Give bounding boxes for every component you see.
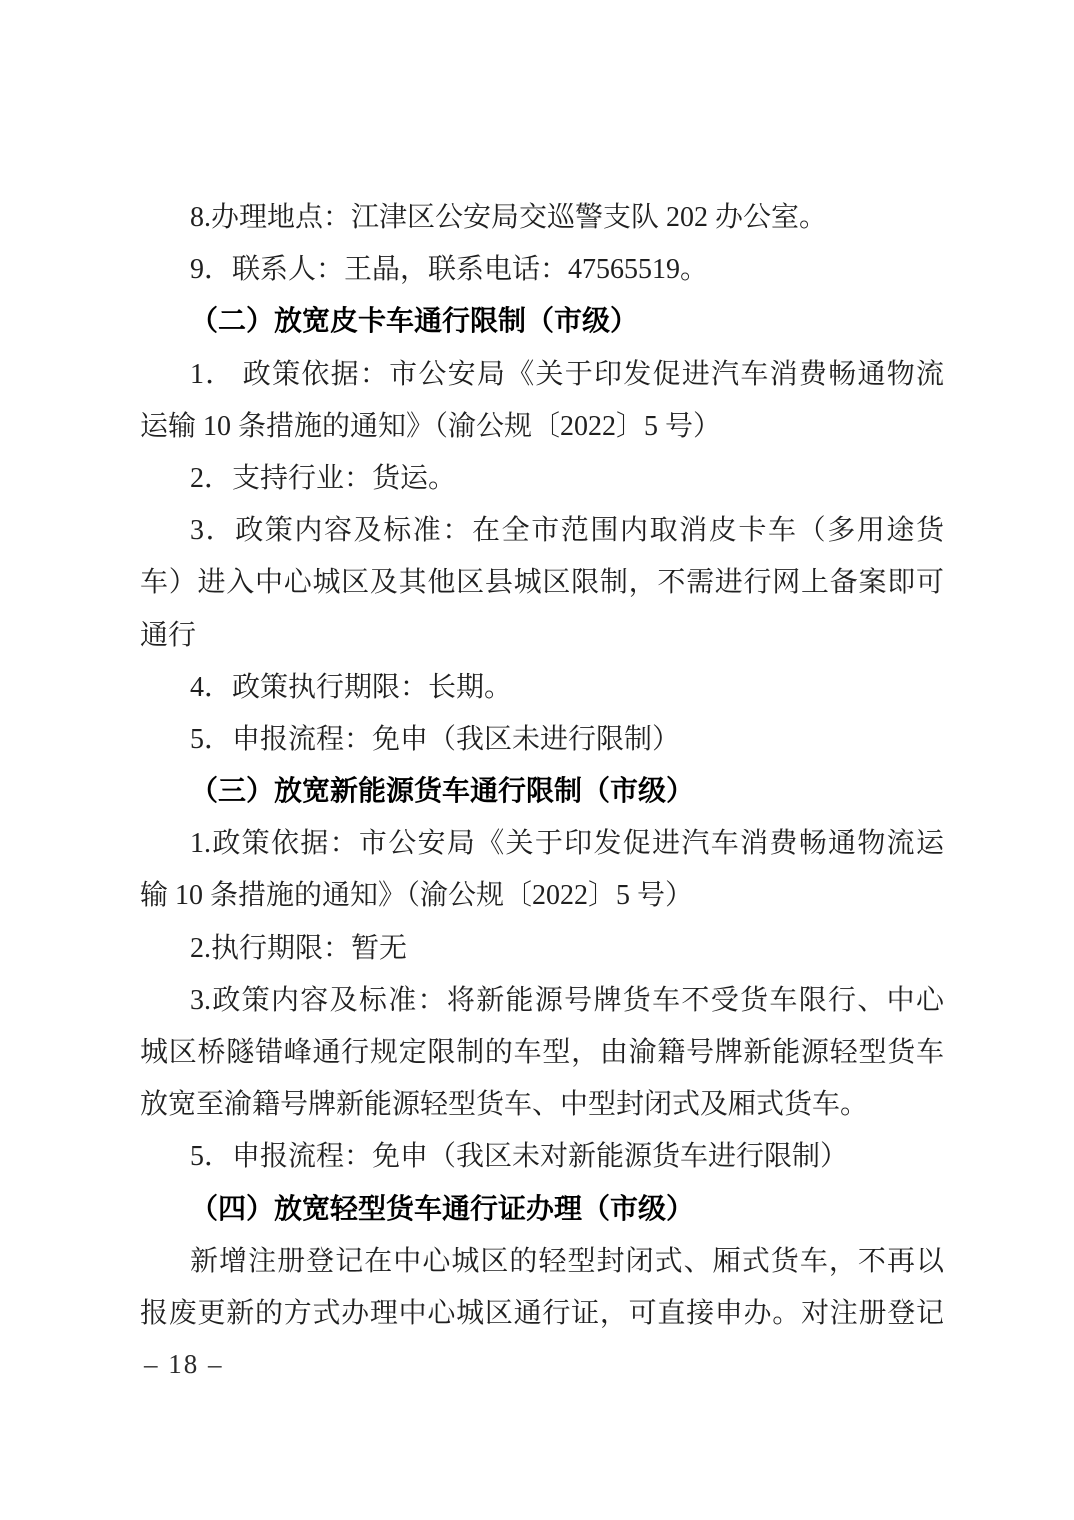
document-page: 8.办理地点：江津区公安局交巡警支队 202 办公室。9．联系人：王晶，联系电话…	[0, 0, 1074, 1520]
text-line: 放宽至渝籍号牌新能源轻型货车、中型封闭式及厢式货车。	[140, 1079, 944, 1131]
text-line: 8.办理地点：江津区公安局交巡警支队 202 办公室。	[140, 192, 944, 244]
text-line: 5．申报流程：免申（我区未进行限制）	[140, 714, 944, 766]
text-line: 2．支持行业：货运。	[140, 453, 944, 505]
text-line: 1． 政策依据：市公安局《关于印发促进汽车消费畅通物流	[140, 349, 944, 401]
document-body: 8.办理地点：江津区公安局交巡警支队 202 办公室。9．联系人：王晶，联系电话…	[140, 192, 944, 1340]
text-line: 新增注册登记在中心城区的轻型封闭式、厢式货车，不再以	[140, 1236, 944, 1288]
text-line: 9．联系人：王晶，联系电话：47565519。	[140, 244, 944, 296]
text-line: 输 10 条措施的通知》（渝公规〔2022〕5 号）	[140, 870, 944, 922]
page-number: – 18 –	[144, 1344, 224, 1384]
text-line: 报废更新的方式办理中心城区通行证，可直接申办。对注册登记	[140, 1288, 944, 1340]
section-heading: （二）放宽皮卡车通行限制（市级）	[140, 296, 944, 348]
text-line: 1.政策依据：市公安局《关于印发促进汽车消费畅通物流运	[140, 818, 944, 870]
text-line: 运输 10 条措施的通知》（渝公规〔2022〕5 号）	[140, 401, 944, 453]
text-line: 2.执行期限：暂无	[140, 923, 944, 975]
text-line: 5．申报流程：免申（我区未对新能源货车进行限制）	[140, 1131, 944, 1183]
section-heading: （三）放宽新能源货车通行限制（市级）	[140, 766, 944, 818]
text-line: 4．政策执行期限：长期。	[140, 662, 944, 714]
text-line: 城区桥隧错峰通行规定限制的车型，由渝籍号牌新能源轻型货车	[140, 1027, 944, 1079]
text-line: 车）进入中心城区及其他区县城区限制，不需进行网上备案即可	[140, 557, 944, 609]
text-line: 3.政策内容及标准：将新能源号牌货车不受货车限行、中心	[140, 975, 944, 1027]
text-line: 3．政策内容及标准：在全市范围内取消皮卡车（多用途货	[140, 505, 944, 557]
section-heading: （四）放宽轻型货车通行证办理（市级）	[140, 1184, 944, 1236]
text-line: 通行	[140, 610, 944, 662]
